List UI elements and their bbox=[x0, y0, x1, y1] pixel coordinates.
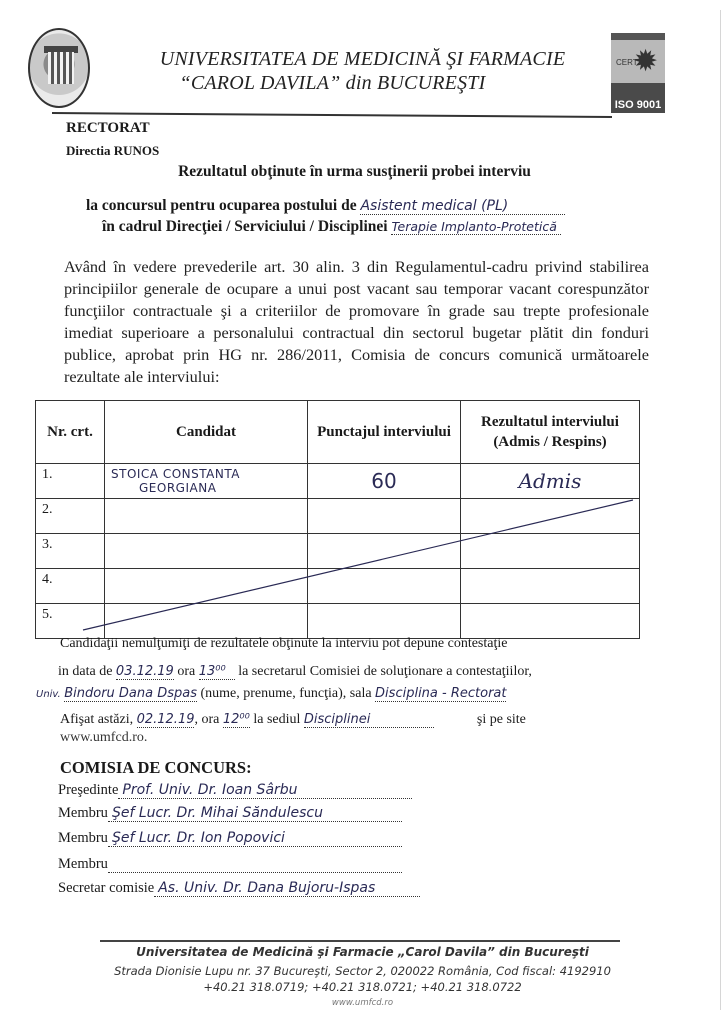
university-name-line2: “CAROL DAVILA” din BUCUREŞTI bbox=[0, 72, 695, 95]
row-rezultat bbox=[461, 604, 640, 639]
footer-website: www.umfcd.ro bbox=[0, 998, 725, 1008]
row-candidat bbox=[105, 499, 308, 534]
footer-divider bbox=[100, 940, 620, 942]
row-nr: 4. bbox=[36, 569, 105, 604]
afisat-label: Afişat astăzi, bbox=[60, 712, 133, 727]
member-signature: Şef Lucr. Dr. Mihai Săndulescu bbox=[108, 805, 402, 822]
row-rezultat: Admis bbox=[461, 464, 640, 499]
site-label: şi pe site bbox=[477, 712, 526, 727]
commission-member-row: Membru bbox=[58, 856, 478, 873]
contestatie-secretar-line: Univ. Bindoru Dana Dspas (nume, prenume,… bbox=[36, 686, 506, 702]
commission-member-row: MembruŞef Lucr. Dr. Ion Popovici bbox=[58, 830, 478, 847]
post-label: la concursul pentru ocuparea postului de bbox=[86, 197, 357, 214]
candidat-name-line1: STOICA CONSTANTA bbox=[111, 467, 301, 481]
sediul-label: la sediul bbox=[253, 712, 300, 727]
site-url: www.umfcd.ro. bbox=[60, 730, 147, 746]
scan-edge bbox=[720, 10, 721, 1010]
commission-member-row: Secretar comisieAs. Univ. Dr. Dana Bujor… bbox=[58, 880, 478, 897]
row-candidat bbox=[105, 569, 308, 604]
table-row: 5. bbox=[36, 604, 640, 639]
badge-top-strip bbox=[611, 33, 665, 40]
afisat-date: 02.12.19 bbox=[137, 712, 195, 728]
row-nr: 5. bbox=[36, 604, 105, 639]
direction-label: Directia RUNOS bbox=[66, 143, 159, 159]
row-candidat bbox=[105, 534, 308, 569]
ora-label: ora bbox=[177, 664, 195, 679]
row-punctaj bbox=[308, 499, 461, 534]
header-rezultat: Rezultatul interviului (Admis / Respins) bbox=[461, 401, 640, 464]
comisia-title: COMISIA DE CONCURS: bbox=[60, 758, 252, 778]
table-row: 2. bbox=[36, 499, 640, 534]
contestatie-date: 03.12.19 bbox=[116, 664, 174, 680]
member-signature: Prof. Univ. Dr. Ioan Sârbu bbox=[118, 782, 412, 799]
row-nr: 2. bbox=[36, 499, 105, 534]
row-punctaj: 60 bbox=[308, 464, 461, 499]
document-page: UNIVERSITATEA DE MEDICINĂ ŞI FARMACIE “C… bbox=[0, 0, 725, 1024]
commission-member-row: PreşedinteProf. Univ. Dr. Ioan Sârbu bbox=[58, 782, 478, 799]
member-role: Membru bbox=[58, 805, 108, 822]
row-candidat bbox=[105, 604, 308, 639]
iso-label: ISO 9001 bbox=[611, 99, 665, 111]
post-value: Asistent medical (PL) bbox=[360, 198, 565, 215]
row-nr: 3. bbox=[36, 534, 105, 569]
candidat-name-line2: GEORGIANA bbox=[111, 481, 301, 495]
afisat-ora-label: ora bbox=[201, 712, 219, 727]
secretar-text: la secretarul Comisiei de soluţionare a … bbox=[238, 664, 532, 679]
header-nr: Nr. crt. bbox=[36, 401, 105, 464]
row-rezultat bbox=[461, 534, 640, 569]
department-label: RECTORAT bbox=[66, 120, 150, 137]
nume-label: (nume, prenume, funcţia), sala bbox=[201, 686, 372, 701]
row-punctaj bbox=[308, 534, 461, 569]
document-title: Rezultatul obţinute în urma susţinerii p… bbox=[0, 163, 717, 181]
member-role: Membru bbox=[58, 830, 108, 847]
in-data-de-label: in data de bbox=[58, 664, 112, 679]
footer-university: Universitatea de Medicină şi Farmacie „C… bbox=[0, 945, 725, 959]
contestatie-ora: 13⁰⁰ bbox=[199, 664, 235, 680]
footer-address: Strada Dionisie Lupu nr. 37 Bucureşti, S… bbox=[0, 964, 725, 978]
member-signature: Şef Lucr. Dr. Ion Popovici bbox=[108, 830, 402, 847]
division-value: Terapie Implanto-Protetică bbox=[391, 219, 561, 235]
row-nr: 1. bbox=[36, 464, 105, 499]
table-row: 3. bbox=[36, 534, 640, 569]
contestatie-date-line: in data de 03.12.19 ora 13⁰⁰ la secretar… bbox=[58, 664, 532, 680]
iso-certification-badge: CERT ✹ ISO 9001 bbox=[611, 33, 665, 113]
table-header-row: Nr. crt. Candidat Punctajul interviului … bbox=[36, 401, 640, 464]
footer-phones: +40.21 318.0719; +40.21 318.0721; +40.21… bbox=[0, 980, 725, 994]
cert-star-icon: ✹ bbox=[633, 47, 658, 77]
afisat-sediul: Disciplinei bbox=[304, 712, 434, 728]
division-label: în cadrul Direcţiei / Serviciului / Disc… bbox=[102, 218, 388, 235]
secretar-prefix: Univ. bbox=[36, 689, 61, 700]
member-role: Preşedinte bbox=[58, 782, 118, 799]
row-rezultat bbox=[461, 569, 640, 604]
legal-body-text: Având în vedere prevederile art. 30 alin… bbox=[64, 256, 649, 388]
member-signature bbox=[108, 856, 402, 873]
row-rezultat bbox=[461, 499, 640, 534]
contestatie-intro: Candidaţii nemulţumiţi de rezultatele ob… bbox=[60, 636, 507, 652]
afisat-line: Afişat astăzi, 02.12.19, ora 12⁰⁰ la sed… bbox=[60, 712, 526, 728]
afisat-ora: 12⁰⁰ bbox=[223, 712, 250, 728]
secretar-name: Bindoru Dana Dspas bbox=[64, 686, 197, 702]
row-punctaj bbox=[308, 569, 461, 604]
header-divider bbox=[52, 112, 612, 118]
post-line: la concursul pentru ocuparea postului de… bbox=[86, 197, 565, 215]
row-candidat: STOICA CONSTANTA GEORGIANA bbox=[105, 464, 308, 499]
table-row: 1. STOICA CONSTANTA GEORGIANA 60 Admis bbox=[36, 464, 640, 499]
member-role: Secretar comisie bbox=[58, 880, 154, 897]
member-signature: As. Univ. Dr. Dana Bujoru-Ispas bbox=[154, 880, 420, 897]
header-punctaj: Punctajul interviului bbox=[308, 401, 461, 464]
contestatie-sala: Disciplina - Rectorat bbox=[375, 686, 506, 702]
row-punctaj bbox=[308, 604, 461, 639]
member-role: Membru bbox=[58, 856, 108, 873]
table-row: 4. bbox=[36, 569, 640, 604]
commission-member-row: MembruŞef Lucr. Dr. Mihai Săndulescu bbox=[58, 805, 478, 822]
results-table: Nr. crt. Candidat Punctajul interviului … bbox=[35, 400, 640, 639]
header-candidat: Candidat bbox=[105, 401, 308, 464]
division-line: în cadrul Direcţiei / Serviciului / Disc… bbox=[102, 218, 561, 236]
